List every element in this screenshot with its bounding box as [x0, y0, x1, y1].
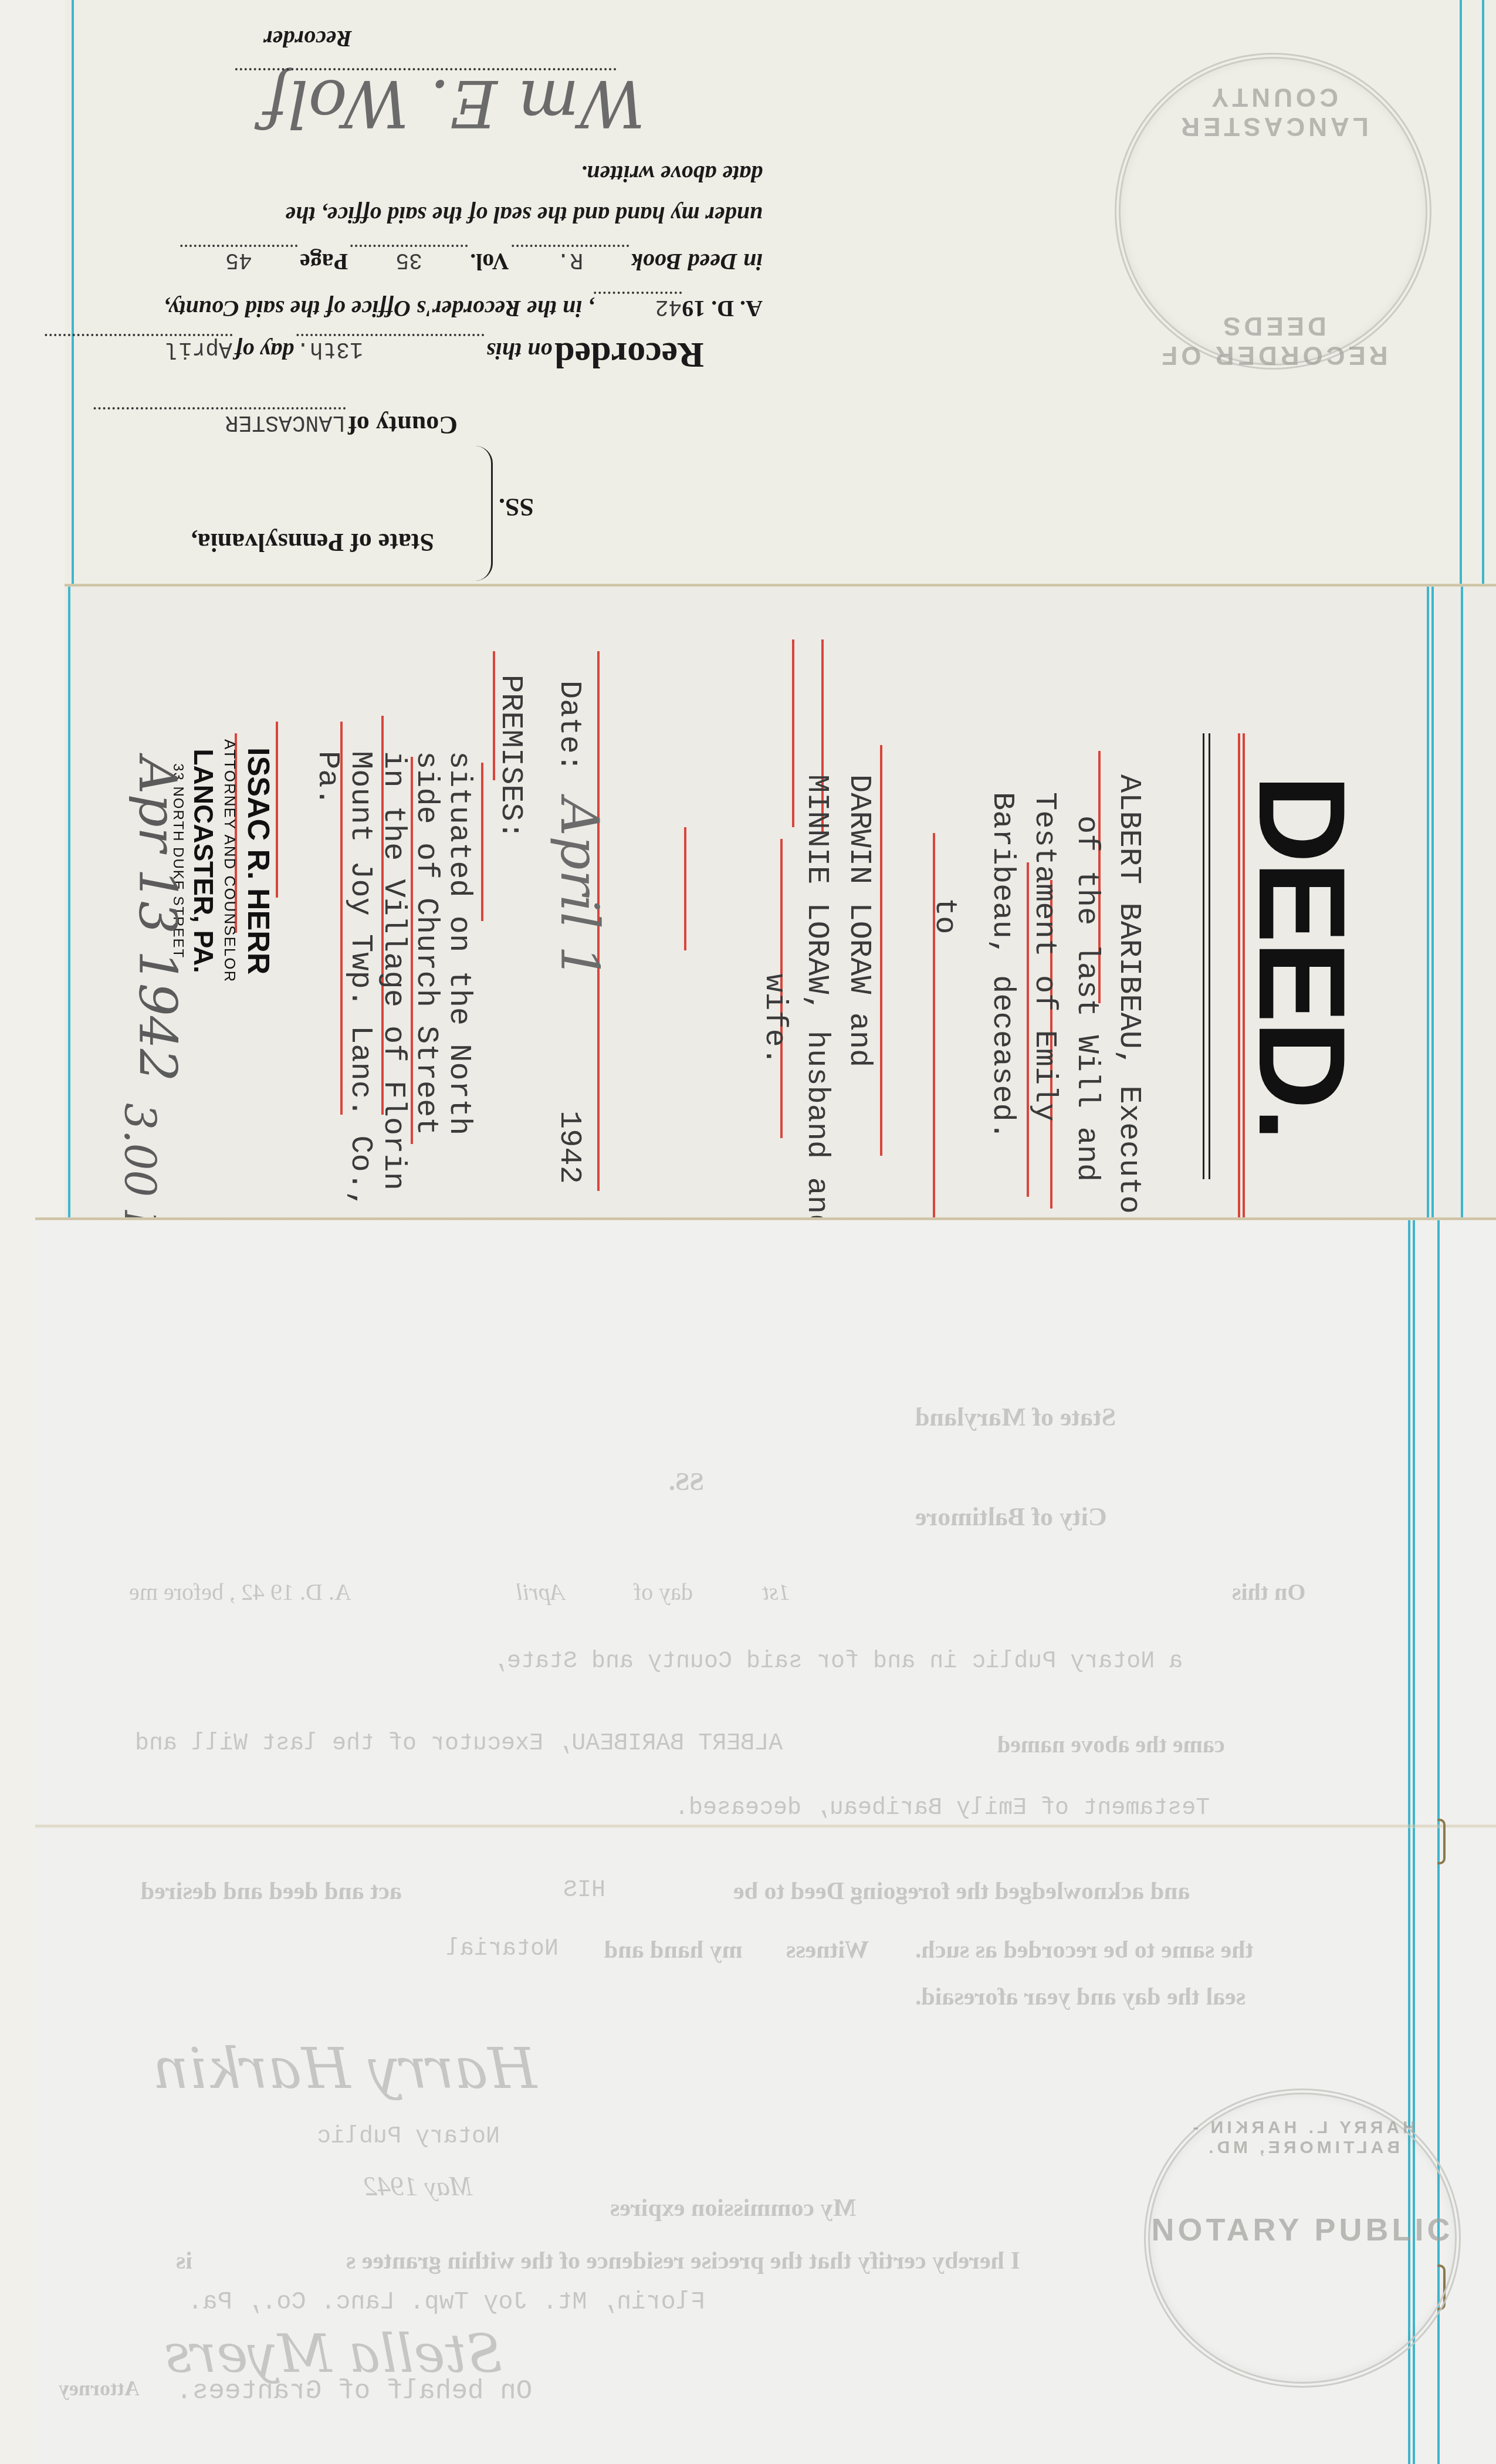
notary-recorded: the same to be recorded as such. — [915, 1936, 1254, 1964]
grantor-line: ALBERT BARIBEAU, Executor — [1108, 774, 1150, 1232]
margin-rule-right-mid-3 — [1461, 587, 1463, 1220]
witness-text: under my hand and the seal of the said o… — [285, 201, 763, 229]
margin-rule-left-mid — [68, 587, 70, 1220]
margin-rule-left — [72, 0, 74, 587]
ad-year: 42 — [594, 292, 682, 319]
vol-value: 35 — [350, 245, 468, 272]
page-label: Page — [300, 249, 348, 275]
brace — [473, 446, 493, 581]
black-rule — [1203, 733, 1204, 1179]
notary-notarial: Notarial — [446, 1936, 559, 1962]
recorded-month: April — [45, 334, 232, 361]
deed-book-row: in Deed Book R. Vol. 35 Page 45 — [180, 245, 763, 276]
premises-line: side of Church Street — [409, 751, 442, 1209]
red-rule — [276, 722, 278, 898]
notary-act-text: act and deed and desired — [141, 1877, 402, 1905]
grantor-line: Testament of Emily — [1023, 774, 1065, 1232]
state-label: State of Pennsylvania, — [191, 527, 434, 557]
notary-commission-label: My commission expires — [610, 2194, 856, 2222]
recorder-certificate: State of Pennsylvania, SS. County of LAN… — [176, 6, 1291, 569]
deed-title: DEED. — [1231, 774, 1373, 1139]
notary-seal: NOTARY PUBLIC HARRY L. HARKIN - BALTIMOR… — [1144, 2089, 1461, 2388]
recorded-row: Recorded on this 13th. day of April — [45, 334, 704, 375]
date-handwritten: April 1 — [549, 798, 610, 979]
date-year: 1942 — [552, 1111, 587, 1184]
ad-label: A. D. 19 — [682, 296, 763, 322]
notary-day-of: day of — [634, 1578, 693, 1606]
attorney-name: ISSAC R. HERR — [241, 739, 276, 983]
ad-row: A. D. 1942, in the Recorder's Office of … — [164, 292, 763, 323]
margin-rule-right-mid — [1427, 587, 1429, 1220]
notary-acknowledged: and acknowledged the foregoing Deed to b… — [733, 1877, 1190, 1905]
margin-rule-right — [1460, 0, 1462, 587]
red-rule — [684, 827, 686, 950]
notary-signature: Harry Harkin — [153, 2036, 537, 2101]
page-value: 45 — [180, 245, 297, 272]
notary-came-name: ALBERT BARIBEAU, Executor of the last Wi… — [135, 1731, 783, 1757]
signature-line — [235, 68, 616, 70]
date-row: Date: April 1 1942 — [549, 681, 610, 1184]
notary-day: 1st — [763, 1578, 790, 1606]
black-rule — [1209, 733, 1210, 1179]
staple — [1437, 1819, 1446, 1864]
recorded-label: Recorded — [554, 335, 704, 375]
handwritten-filing-date: Apr 13 1942 — [127, 757, 188, 1082]
notary-month: April — [516, 1578, 564, 1606]
grantor-block: ALBERT BARIBEAU, Executor of the last Wi… — [981, 774, 1150, 1232]
office-text: , in the Recorder's Office of the said C… — [164, 296, 594, 322]
residence-value: Florin, Mt. Joy Twp. Lanc. Co., Pa. — [188, 2288, 705, 2316]
notary-hand: my hand and — [604, 1936, 743, 1964]
notary-witness: Witness — [786, 1936, 869, 1964]
premises-line: in the Village of Florin — [377, 751, 409, 1209]
ss-label: SS. — [499, 492, 534, 522]
recorder-signature: Wm E. Wolf — [264, 66, 645, 141]
county-value: LANCASTER — [93, 407, 346, 435]
notary-testament: Testament of Emily Baribeau, deceased. — [675, 1795, 1210, 1822]
certify-text: I hereby certify that the precise reside… — [346, 2247, 1020, 2275]
on-this-label: on this — [486, 338, 552, 364]
on-behalf-text: On behalf of Grantees. — [176, 2376, 532, 2407]
deed-book-label: in Deed Book — [631, 249, 763, 275]
grantee-line: wife. — [753, 774, 796, 1232]
attorney-title: ATTORNEY AND COUNSELOR — [219, 739, 241, 983]
grantee-line: DARWIN LORAW and — [838, 774, 880, 1232]
notary-commission-value: May 1942 — [364, 2171, 472, 2202]
date-label: Date: — [552, 681, 587, 772]
attorney-city: LANCASTER, PA. — [188, 739, 219, 983]
notary-ss: SS. — [669, 1467, 704, 1497]
day-of-label: day of — [235, 338, 294, 364]
notary-line: a Notary Public in and for said County a… — [493, 1649, 1183, 1675]
notary-on-this: On this — [1232, 1578, 1306, 1606]
vol-label: Vol. — [470, 249, 509, 275]
premises-block: situated on the North side of Church Str… — [311, 751, 475, 1209]
grantee-block: DARWIN LORAW and MINNIE LORAW, husband a… — [753, 774, 880, 1232]
county-label: County of — [348, 411, 458, 439]
grantor-line: Baribeau, deceased. — [981, 774, 1023, 1232]
grantor-line: of the last Will and — [1065, 774, 1108, 1232]
notary-ad: A. D. 19 42 , before me — [129, 1578, 351, 1606]
grantee-line: MINNIE LORAW, husband and — [796, 774, 838, 1232]
premises-label: PREMISES: — [493, 675, 528, 840]
notary-state: State of Maryland — [915, 1402, 1116, 1432]
agent-label: Attorney — [59, 2376, 140, 2401]
red-rule — [481, 763, 483, 921]
to-label: to — [928, 898, 962, 934]
premises-line: situated on the North — [442, 751, 475, 1209]
notary-seal-text: seal the day and year aforesaid. — [915, 1983, 1245, 2011]
recorder-title: Recorder — [263, 25, 352, 53]
certify-is: is — [176, 2247, 192, 2275]
premises-line: Mount Joy Twp. Lanc. Co., — [344, 751, 377, 1209]
deed-book-value: R. — [512, 245, 629, 272]
date-above-text: date above written. — [581, 160, 763, 188]
deed-document: RECORDER OF DEEDS LANCASTER COUNTY State… — [0, 0, 1496, 2464]
margin-rule-right-mid-2 — [1431, 587, 1434, 1220]
premises-line: Pa. — [311, 751, 344, 1209]
county-row: County of LANCASTER — [93, 407, 458, 440]
notary-his: HIS — [563, 1877, 605, 1904]
fold-crease-3 — [35, 1825, 1496, 1828]
recorded-day: 13th. — [296, 334, 484, 361]
notary-came-label: came the above named — [997, 1731, 1225, 1758]
margin-rule-right-2 — [1482, 0, 1484, 587]
red-rule — [880, 745, 882, 1156]
notary-county: City of Baltimore — [915, 1502, 1107, 1532]
notary-title: Notary Public — [317, 2124, 500, 2150]
